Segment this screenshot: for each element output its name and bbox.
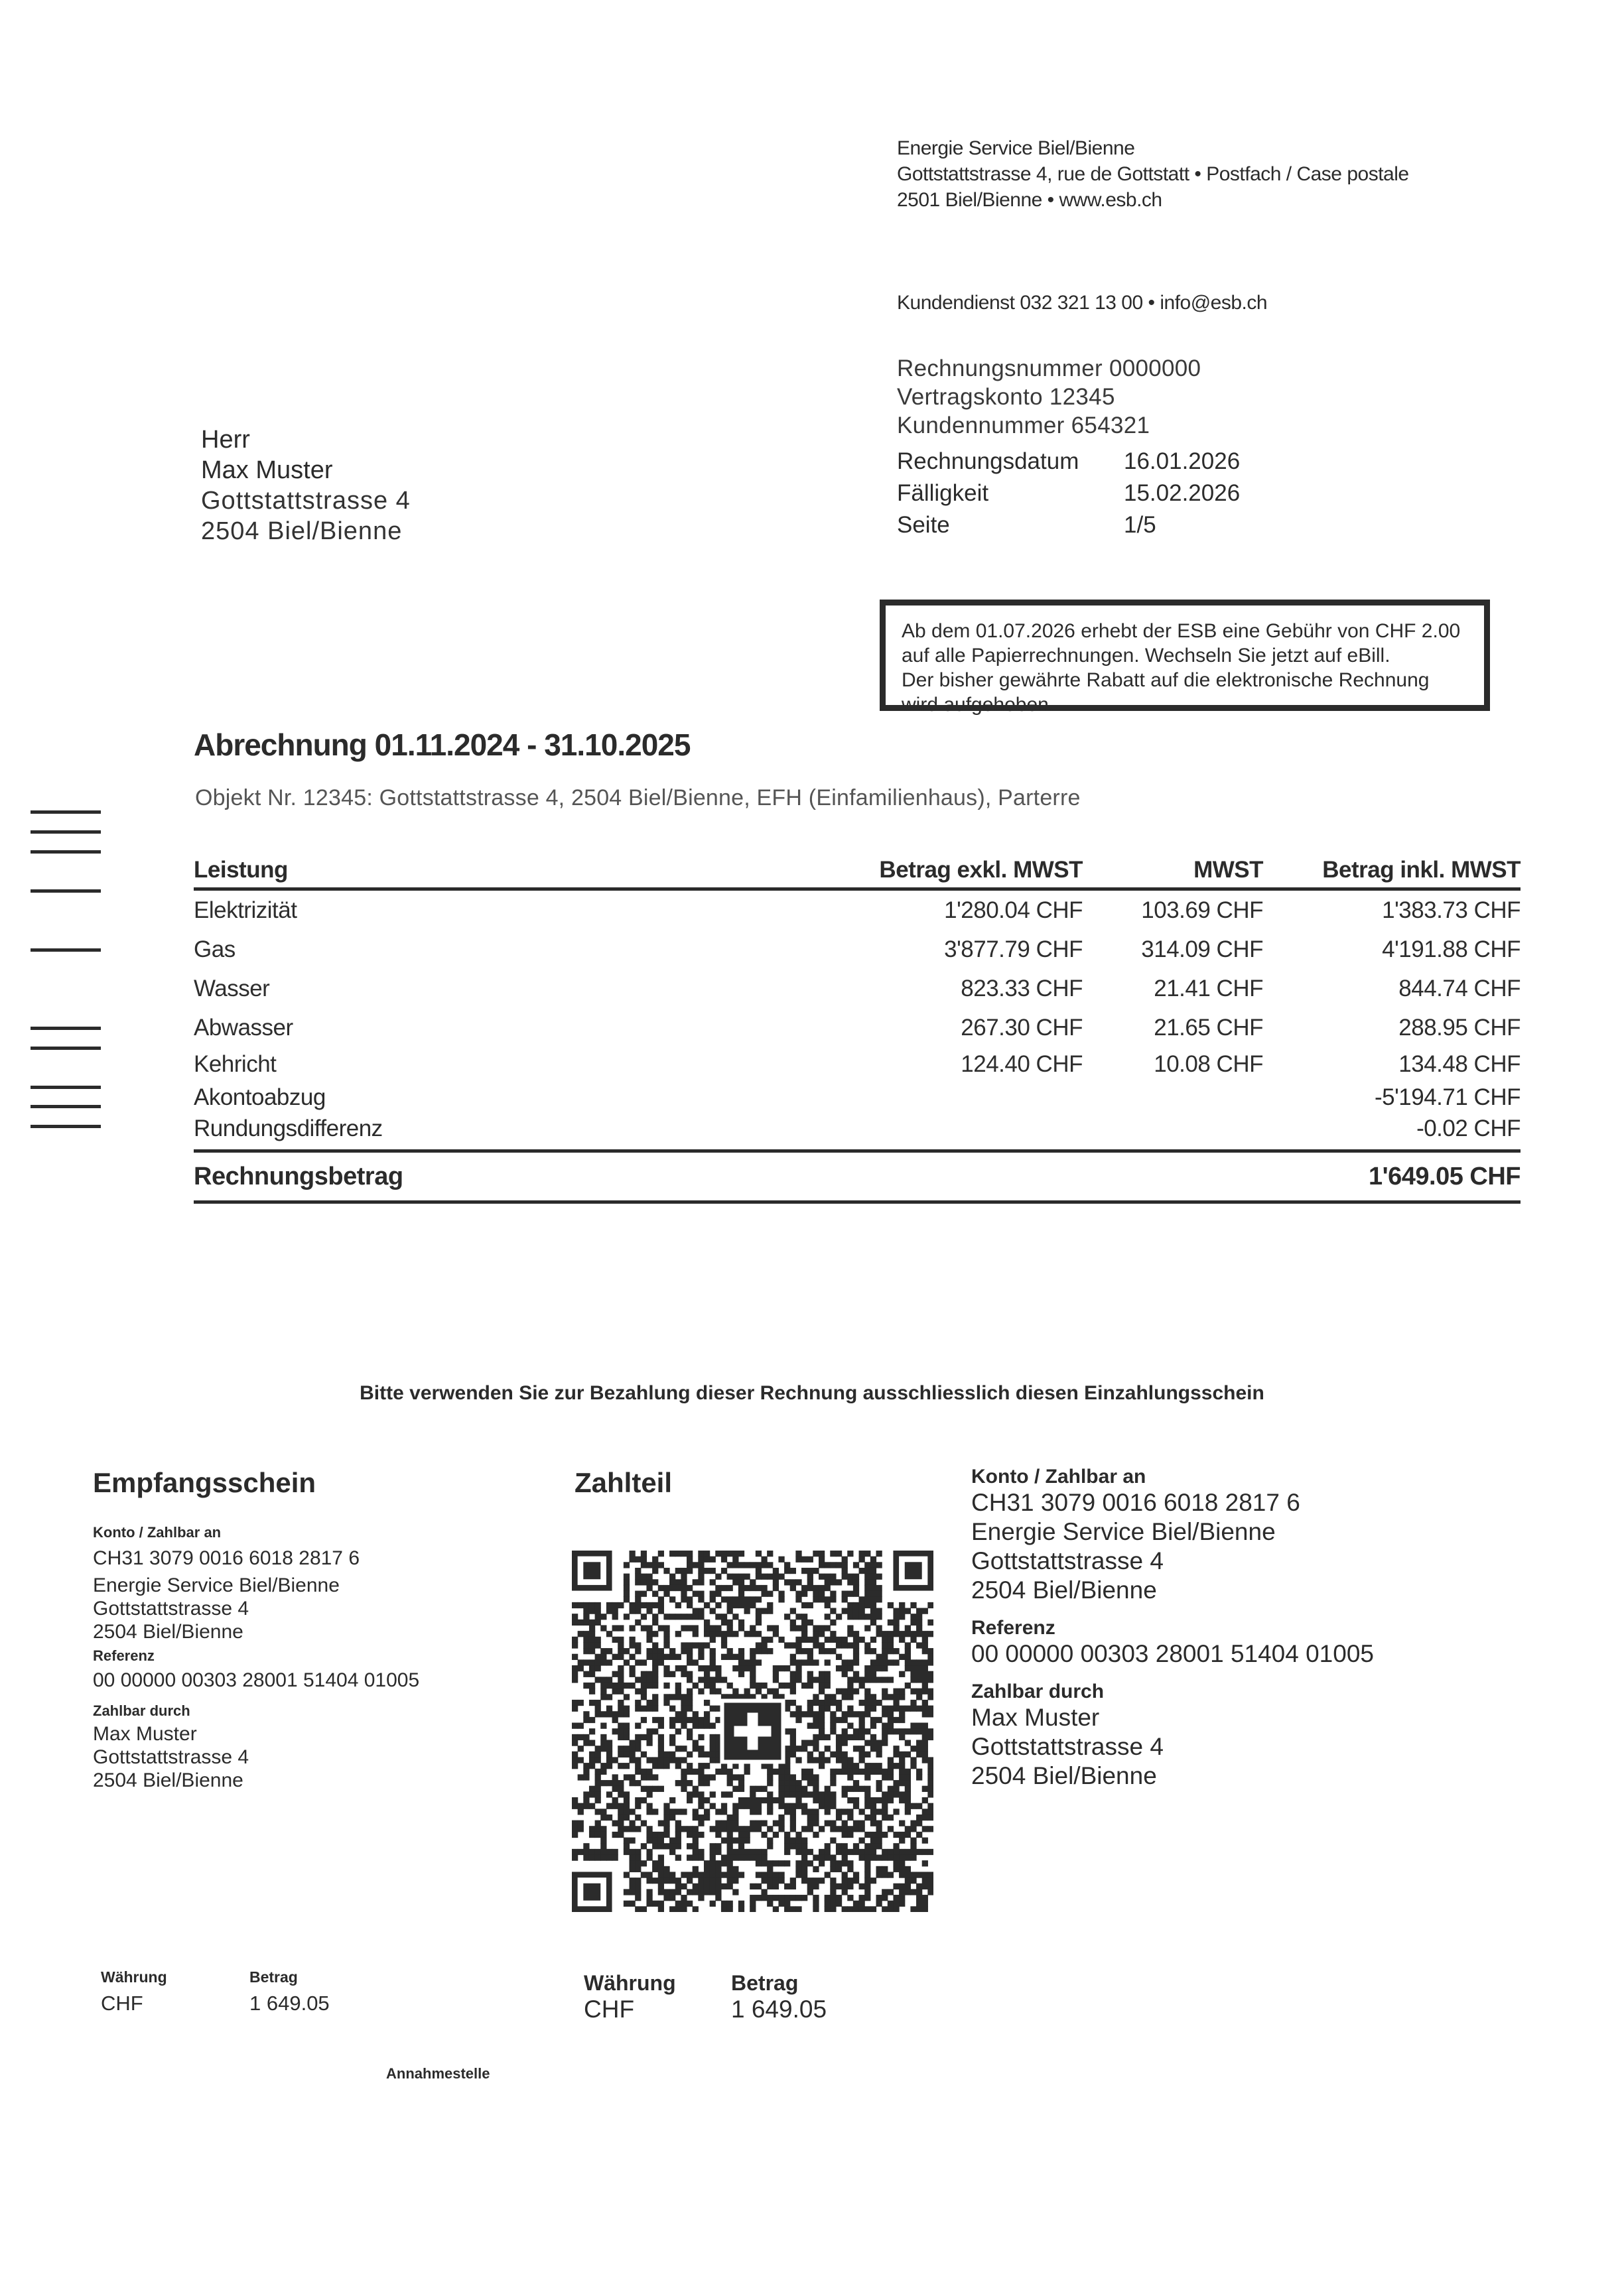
meta-label: Rechnungsdatum xyxy=(897,446,1124,478)
payment-instruction: Bitte verwenden Sie zur Bezahlung dieser… xyxy=(0,1382,1624,1405)
fold-mark xyxy=(31,889,101,893)
currency-value: CHF xyxy=(584,1996,676,2023)
contract-account: Vertragskonto 12345 xyxy=(897,383,1201,411)
fold-mark xyxy=(31,1047,101,1050)
payer-street: Gottstattstrasse 4 xyxy=(93,1746,504,1769)
recipient-street: Gottstattstrasse 4 xyxy=(201,485,411,516)
cell-vat: 10.08 CHF xyxy=(1083,1051,1263,1078)
receipt-payer-label: Zahlbar durch xyxy=(93,1702,504,1720)
recipient-city: 2504 Biel/Bienne xyxy=(201,516,411,546)
adjustment-row: Rundungsdifferenz -0.02 CHF xyxy=(194,1113,1521,1144)
receipt-title: Empfangsschein xyxy=(93,1467,504,1499)
cell-service: Kehricht xyxy=(194,1051,751,1078)
cell-service: Gas xyxy=(194,936,751,963)
page-row: Seite 1/5 xyxy=(897,509,1240,541)
payer-city: 2504 Biel/Bienne xyxy=(971,1761,1502,1791)
pay-reference-label: Referenz xyxy=(971,1617,1502,1639)
cell-vat: 21.41 CHF xyxy=(1083,976,1263,1002)
cell-gross: -5'194.71 CHF xyxy=(1263,1084,1521,1111)
ebill-notice-box: Ab dem 01.07.2026 erhebt der ESB eine Ge… xyxy=(880,600,1490,711)
receipt-amount: Betrag 1 649.05 xyxy=(249,1968,330,2015)
acceptance-point-label: Annahmestelle xyxy=(386,2065,490,2082)
fold-mark xyxy=(31,1027,101,1030)
creditor-street: Gottstattstrasse 4 xyxy=(971,1547,1502,1576)
notice-line: wird aufgehoben. xyxy=(902,692,1484,717)
invoice-number: Rechnungsnummer 0000000 xyxy=(897,354,1201,383)
payer-street: Gottstattstrasse 4 xyxy=(971,1732,1502,1761)
cell-net: 3'877.79 CHF xyxy=(751,936,1083,963)
amount-value: 1 649.05 xyxy=(731,1996,827,2023)
column-header: Leistung xyxy=(194,857,751,883)
meta-label: Seite xyxy=(897,509,1124,541)
due-date-row: Fälligkeit 15.02.2026 xyxy=(897,478,1240,509)
fold-mark xyxy=(31,810,101,814)
meta-value: 16.01.2026 xyxy=(1124,446,1240,478)
creditor-city: 2504 Biel/Bienne xyxy=(971,1576,1502,1605)
receipt-section: Empfangsschein Konto / Zahlbar an CH31 3… xyxy=(93,1467,504,1792)
cell-gross: 4'191.88 CHF xyxy=(1263,936,1521,963)
table-row: Abwasser 267.30 CHF 21.65 CHF 288.95 CHF xyxy=(194,1008,1521,1047)
creditor-street: Gottstattstrasse 4 xyxy=(93,1597,504,1620)
cell-service: Elektrizität xyxy=(194,897,751,924)
pay-payer: Max Muster Gottstattstrasse 4 2504 Biel/… xyxy=(971,1703,1502,1791)
receipt-currency: Währung CHF xyxy=(101,1968,167,2015)
pay-iban: CH31 3079 0016 6018 2817 6 xyxy=(971,1488,1502,1517)
cell-gross: 844.74 CHF xyxy=(1263,976,1521,1002)
receipt-reference: 00 00000 00303 28001 51404 01005 xyxy=(93,1669,504,1692)
meta-label: Fälligkeit xyxy=(897,478,1124,509)
pay-amount: Betrag 1 649.05 xyxy=(731,1971,827,2023)
customer-service-line: Kundendienst 032 321 13 00 • info@esb.ch xyxy=(897,292,1267,314)
creditor-name: Energie Service Biel/Bienne xyxy=(93,1574,504,1597)
cell-service: Rundungsdifferenz xyxy=(194,1116,751,1142)
cell-service: Abwasser xyxy=(194,1015,751,1041)
table-header: Leistung Betrag exkl. MWST MWST Betrag i… xyxy=(194,846,1521,891)
payment-part-info: Konto / Zahlbar an CH31 3079 0016 6018 2… xyxy=(971,1466,1502,1791)
fold-mark xyxy=(31,1125,101,1128)
payer-name: Max Muster xyxy=(93,1722,504,1746)
currency-label: Währung xyxy=(584,1971,676,1996)
pay-account-label: Konto / Zahlbar an xyxy=(971,1466,1502,1488)
table-row: Gas 3'877.79 CHF 314.09 CHF 4'191.88 CHF xyxy=(194,930,1521,969)
cell-service: Akontoabzug xyxy=(194,1084,751,1111)
fold-mark xyxy=(31,850,101,854)
cell-net: 124.40 CHF xyxy=(751,1051,1083,1078)
receipt-iban: CH31 3079 0016 6018 2817 6 xyxy=(93,1547,504,1570)
meta-value: 1/5 xyxy=(1124,509,1156,541)
fold-mark xyxy=(31,1086,101,1089)
object-description: Objekt Nr. 12345: Gottstattstrasse 4, 25… xyxy=(195,785,1081,811)
sender-block: Energie Service Biel/Bienne Gottstattstr… xyxy=(897,135,1409,213)
cell-gross: 1'383.73 CHF xyxy=(1263,897,1521,924)
invoice-date-row: Rechnungsdatum 16.01.2026 xyxy=(897,446,1240,478)
creditor-name: Energie Service Biel/Bienne xyxy=(971,1517,1502,1547)
sender-address: Gottstattstrasse 4, rue de Gottstatt • P… xyxy=(897,161,1409,187)
customer-number: Kundennummer 654321 xyxy=(897,411,1201,440)
pay-creditor: Energie Service Biel/Bienne Gottstattstr… xyxy=(971,1517,1502,1605)
adjustment-row: Akontoabzug -5'194.71 CHF xyxy=(194,1082,1521,1113)
cell-gross: 288.95 CHF xyxy=(1263,1015,1521,1041)
column-header: Betrag exkl. MWST xyxy=(751,857,1083,883)
currency-value: CHF xyxy=(101,1992,167,2015)
table-row: Elektrizität 1'280.04 CHF 103.69 CHF 1'3… xyxy=(194,891,1521,930)
swiss-qr-code-icon xyxy=(572,1551,933,1912)
total-value: 1'649.05 CHF xyxy=(1189,1163,1521,1191)
column-header: Betrag inkl. MWST xyxy=(1263,857,1521,883)
notice-line: Ab dem 01.07.2026 erhebt der ESB eine Ge… xyxy=(902,619,1484,643)
cell-vat: 21.65 CHF xyxy=(1083,1015,1263,1041)
fold-mark xyxy=(31,948,101,952)
fold-mark xyxy=(31,830,101,834)
invoice-dates: Rechnungsdatum 16.01.2026 Fälligkeit 15.… xyxy=(897,446,1240,541)
total-row: Rechnungsbetrag 1'649.05 CHF xyxy=(194,1149,1521,1204)
cell-net: 823.33 CHF xyxy=(751,976,1083,1002)
cell-vat: 103.69 CHF xyxy=(1083,897,1263,924)
pay-reference: 00 00000 00303 28001 51404 01005 xyxy=(971,1639,1502,1669)
payment-part-title: Zahlteil xyxy=(575,1467,672,1499)
cell-net: 1'280.04 CHF xyxy=(751,897,1083,924)
amount-value: 1 649.05 xyxy=(249,1992,330,2015)
notice-line: Der bisher gewährte Rabatt auf die elekt… xyxy=(902,668,1484,692)
meta-value: 15.02.2026 xyxy=(1124,478,1240,509)
sender-city: 2501 Biel/Bienne • www.esb.ch xyxy=(897,187,1409,213)
recipient-name: Max Muster xyxy=(201,455,411,485)
fold-mark xyxy=(31,1105,101,1108)
table-row: Wasser 823.33 CHF 21.41 CHF 844.74 CHF xyxy=(194,969,1521,1008)
table-row: Kehricht 124.40 CHF 10.08 CHF 134.48 CHF xyxy=(194,1047,1521,1082)
invoice-ids: Rechnungsnummer 0000000 Vertragskonto 12… xyxy=(897,354,1201,440)
column-header: MWST xyxy=(1083,857,1263,883)
sender-name: Energie Service Biel/Bienne xyxy=(897,135,1409,161)
currency-label: Währung xyxy=(101,1968,167,1986)
statement-title: Abrechnung 01.11.2024 - 31.10.2025 xyxy=(194,727,690,763)
cell-service: Wasser xyxy=(194,976,751,1002)
amount-label: Betrag xyxy=(731,1971,827,1996)
recipient-salutation: Herr xyxy=(201,424,411,455)
total-label: Rechnungsbetrag xyxy=(194,1163,1189,1191)
cell-vat: 314.09 CHF xyxy=(1083,936,1263,963)
cell-gross: -0.02 CHF xyxy=(1263,1116,1521,1142)
pay-payer-label: Zahlbar durch xyxy=(971,1681,1502,1703)
pay-currency: Währung CHF xyxy=(584,1971,676,2023)
cell-gross: 134.48 CHF xyxy=(1263,1051,1521,1078)
notice-line: auf alle Papierrechnungen. Wechseln Sie … xyxy=(902,643,1484,668)
receipt-payer: Max Muster Gottstattstrasse 4 2504 Biel/… xyxy=(93,1722,504,1792)
payer-name: Max Muster xyxy=(971,1703,1502,1732)
receipt-account-label: Konto / Zahlbar an xyxy=(93,1524,504,1541)
cell-net: 267.30 CHF xyxy=(751,1015,1083,1041)
amount-label: Betrag xyxy=(249,1968,330,1986)
receipt-creditor: Energie Service Biel/Bienne Gottstattstr… xyxy=(93,1574,504,1643)
receipt-reference-label: Referenz xyxy=(93,1647,504,1665)
billing-table: Leistung Betrag exkl. MWST MWST Betrag i… xyxy=(194,846,1521,1204)
payer-city: 2504 Biel/Bienne xyxy=(93,1769,504,1792)
recipient-address: Herr Max Muster Gottstattstrasse 4 2504 … xyxy=(201,424,411,546)
creditor-city: 2504 Biel/Bienne xyxy=(93,1620,504,1643)
